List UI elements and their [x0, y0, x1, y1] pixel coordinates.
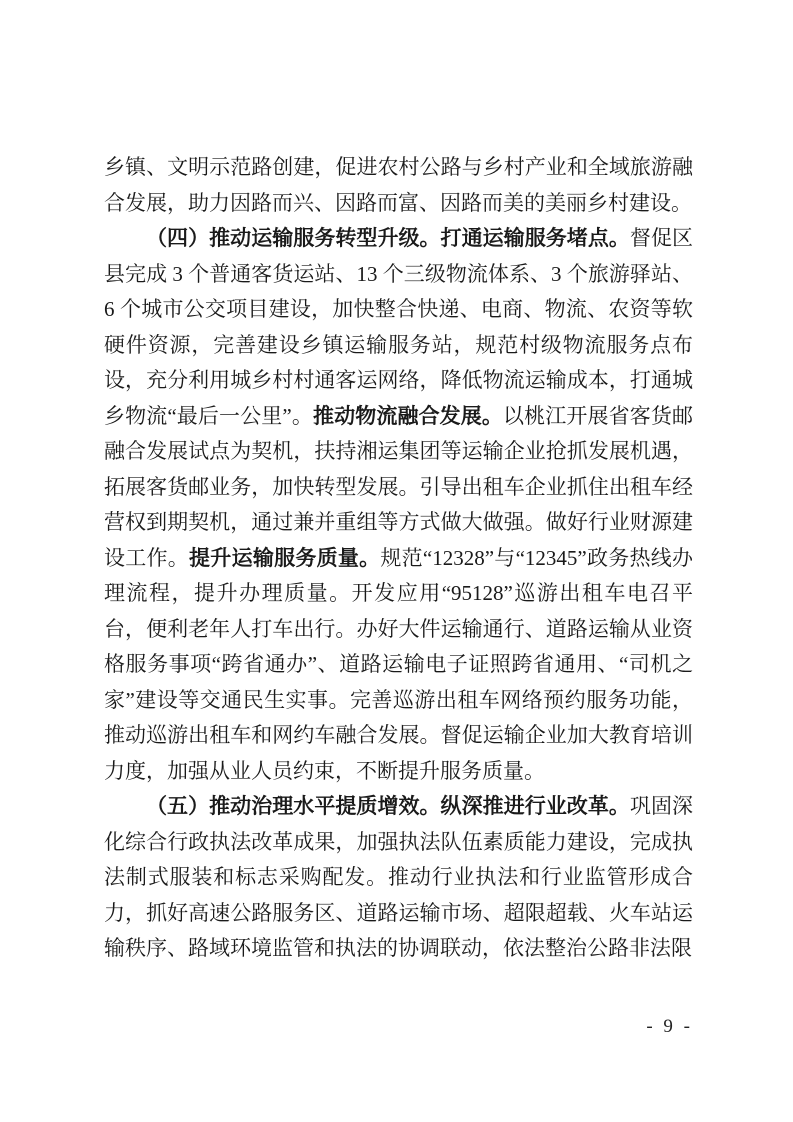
bold-heading-segment: （四）推动运输服务转型升级。打通运输服务堵点。 [146, 227, 630, 250]
document-page: 乡镇、文明示范路创建，促进农村公路与乡村产业和全域旅游融合发展，助力因路而兴、因… [0, 0, 793, 1122]
bold-heading-segment: 提升运输服务质量。 [189, 547, 380, 570]
paragraph: （四）推动运输服务转型升级。打通运输服务堵点。督促区县完成 3 个普通客货运站、… [104, 221, 693, 789]
paragraph: （五）推动治理水平提质增效。纵深推进行业改革。巩固深化综合行政执法改革成果，加强… [104, 789, 693, 967]
paragraph: 乡镇、文明示范路创建，促进农村公路与乡村产业和全域旅游融合发展，助力因路而兴、因… [104, 150, 693, 221]
bold-heading-segment: （五）推动治理水平提质增效。纵深推进行业改革。 [146, 795, 630, 818]
text-segment: 督促区县完成 3 个普通客货运站、13 个三级物流体系、3 个旅游驿站、6 个城… [104, 226, 693, 428]
text-segment: 巩固深化综合行政执法改革成果，加强执法队伍素质能力建设，完成执法制式服装和标志采… [104, 794, 693, 960]
bold-heading-segment: 推动物流融合发展。 [313, 405, 503, 428]
text-segment: 规范“12328”与“12345”政务热线办理流程，提升办理质量。开发应用“95… [104, 546, 693, 783]
document-body: 乡镇、文明示范路创建，促进农村公路与乡村产业和全域旅游融合发展，助力因路而兴、因… [104, 150, 693, 967]
page-number: - 9 - [646, 1016, 693, 1038]
text-segment: 乡镇、文明示范路创建，促进农村公路与乡村产业和全域旅游融合发展，助力因路而兴、因… [104, 155, 693, 215]
